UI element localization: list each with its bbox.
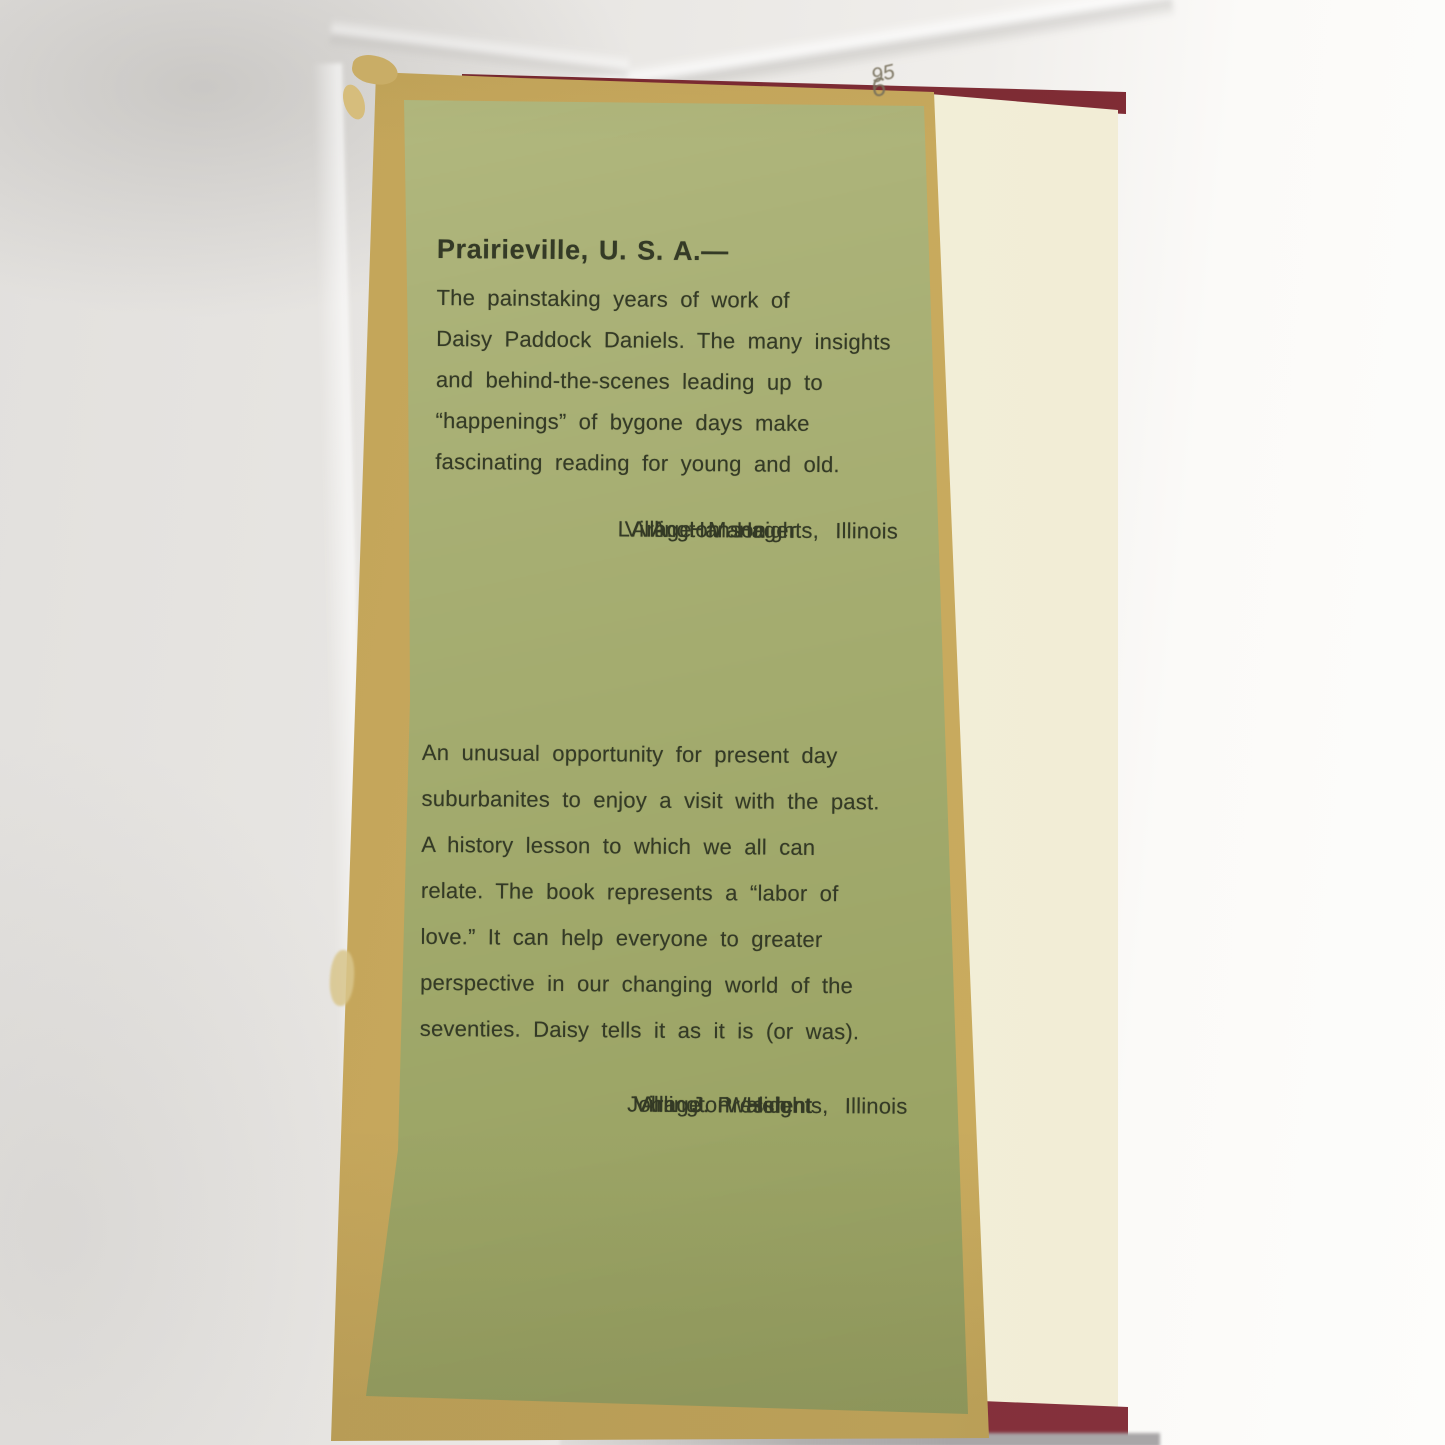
flap-paragraph-2: An unusual opportunity for present day s…	[420, 730, 983, 1056]
reviewer-1-location: Arlington Heights, Illinois	[632, 508, 899, 553]
flap-printed-text: Prairieville, U. S. A.— The painstaking …	[0, 0, 1445, 1445]
reviewer-2-location: Arlington Heights, Illinois	[641, 1079, 908, 1132]
flap-heading: Prairieville, U. S. A.—	[437, 234, 729, 267]
photo-of-book-flap: 695 Prairieville, U. S. A.— The painstak…	[0, 0, 1445, 1445]
flap-paragraph-1: The painstaking years of work of Daisy P…	[435, 277, 997, 486]
